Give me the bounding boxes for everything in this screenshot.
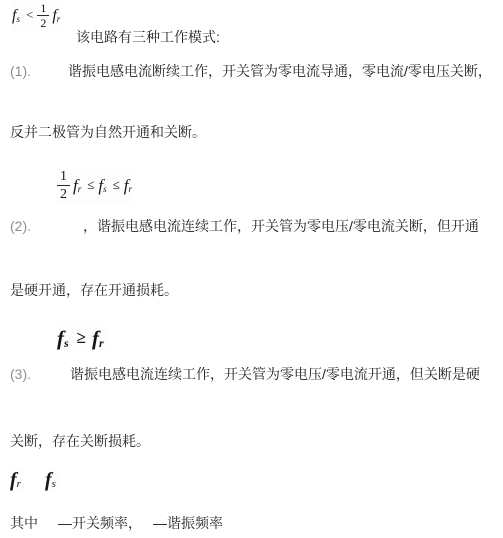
legend-entry-switching-frequency: —开关频率， — [58, 514, 142, 533]
formula-subscript: r — [17, 479, 21, 490]
legend-symbol-fs: fs — [45, 469, 58, 492]
legend-entry-resonant-frequency: —谐振频率 — [153, 514, 223, 533]
item-2-line-1: ，谐振电感电流连续工作，开关管为零电压/零电流关断，但开通 — [83, 217, 479, 236]
item-2-line-2: 是硬开通，存在开通损耗。 — [10, 281, 178, 300]
list-number-3: (3). — [10, 366, 31, 382]
fraction-numerator: 1 — [37, 2, 49, 15]
list-number-1: (1). — [10, 63, 31, 79]
legend-symbol-fr: fr — [10, 469, 23, 492]
formula-subscript: s — [64, 337, 69, 349]
formula-subscript: r — [129, 185, 133, 194]
formula-subscript: s — [16, 15, 20, 24]
formula-mode1-condition: fs<12fr — [12, 2, 62, 30]
fraction-one-half: 12 — [57, 169, 70, 203]
item-3-line-2: 关断，存在关断损耗。 — [10, 432, 150, 451]
item-1-line-2: 反并二极管为自然开通和关断。 — [10, 123, 206, 142]
formula-mode2-condition: 12fr≤fs≤fr — [57, 169, 134, 203]
less-equal-operator: ≤ — [87, 177, 94, 193]
formula-variable: f — [57, 326, 64, 351]
fraction-denominator: 2 — [37, 15, 49, 30]
formula-subscript: s — [103, 185, 107, 194]
formula-subscript: r — [57, 15, 61, 24]
less-than-operator: < — [26, 7, 33, 23]
greater-equal-operator: ≥ — [77, 328, 86, 348]
item-3-line-1: 谐振电感电流连续工作，开关管为零电压/零电流开通，但关断是硬 — [70, 365, 480, 384]
fraction-one-half: 12 — [37, 2, 49, 30]
list-number-2: (2). — [10, 218, 31, 234]
formula-mode3-condition: fs≥fr — [57, 326, 106, 351]
formula-variable: f — [92, 326, 99, 351]
fraction-denominator: 2 — [57, 185, 70, 203]
formula-subscript: r — [78, 185, 82, 194]
document-page: fs<12fr 该电路有三种工作模式: (1). 谐振电感电流断续工作，开关管为… — [0, 0, 503, 538]
fraction-numerator: 1 — [57, 169, 70, 185]
formula-subscript: r — [99, 337, 104, 349]
less-equal-operator: ≤ — [113, 177, 120, 193]
formula-variable: f — [10, 469, 17, 492]
item-1-line-1: 谐振电感电流断续工作，开关管为零电流导通，零电流/零电压关断， — [68, 62, 492, 81]
formula-subscript: s — [52, 479, 56, 490]
legend-prefix: 其中 — [10, 514, 38, 533]
intro-text: 该电路有三种工作模式: — [76, 28, 220, 47]
formula-variable: f — [45, 469, 52, 492]
